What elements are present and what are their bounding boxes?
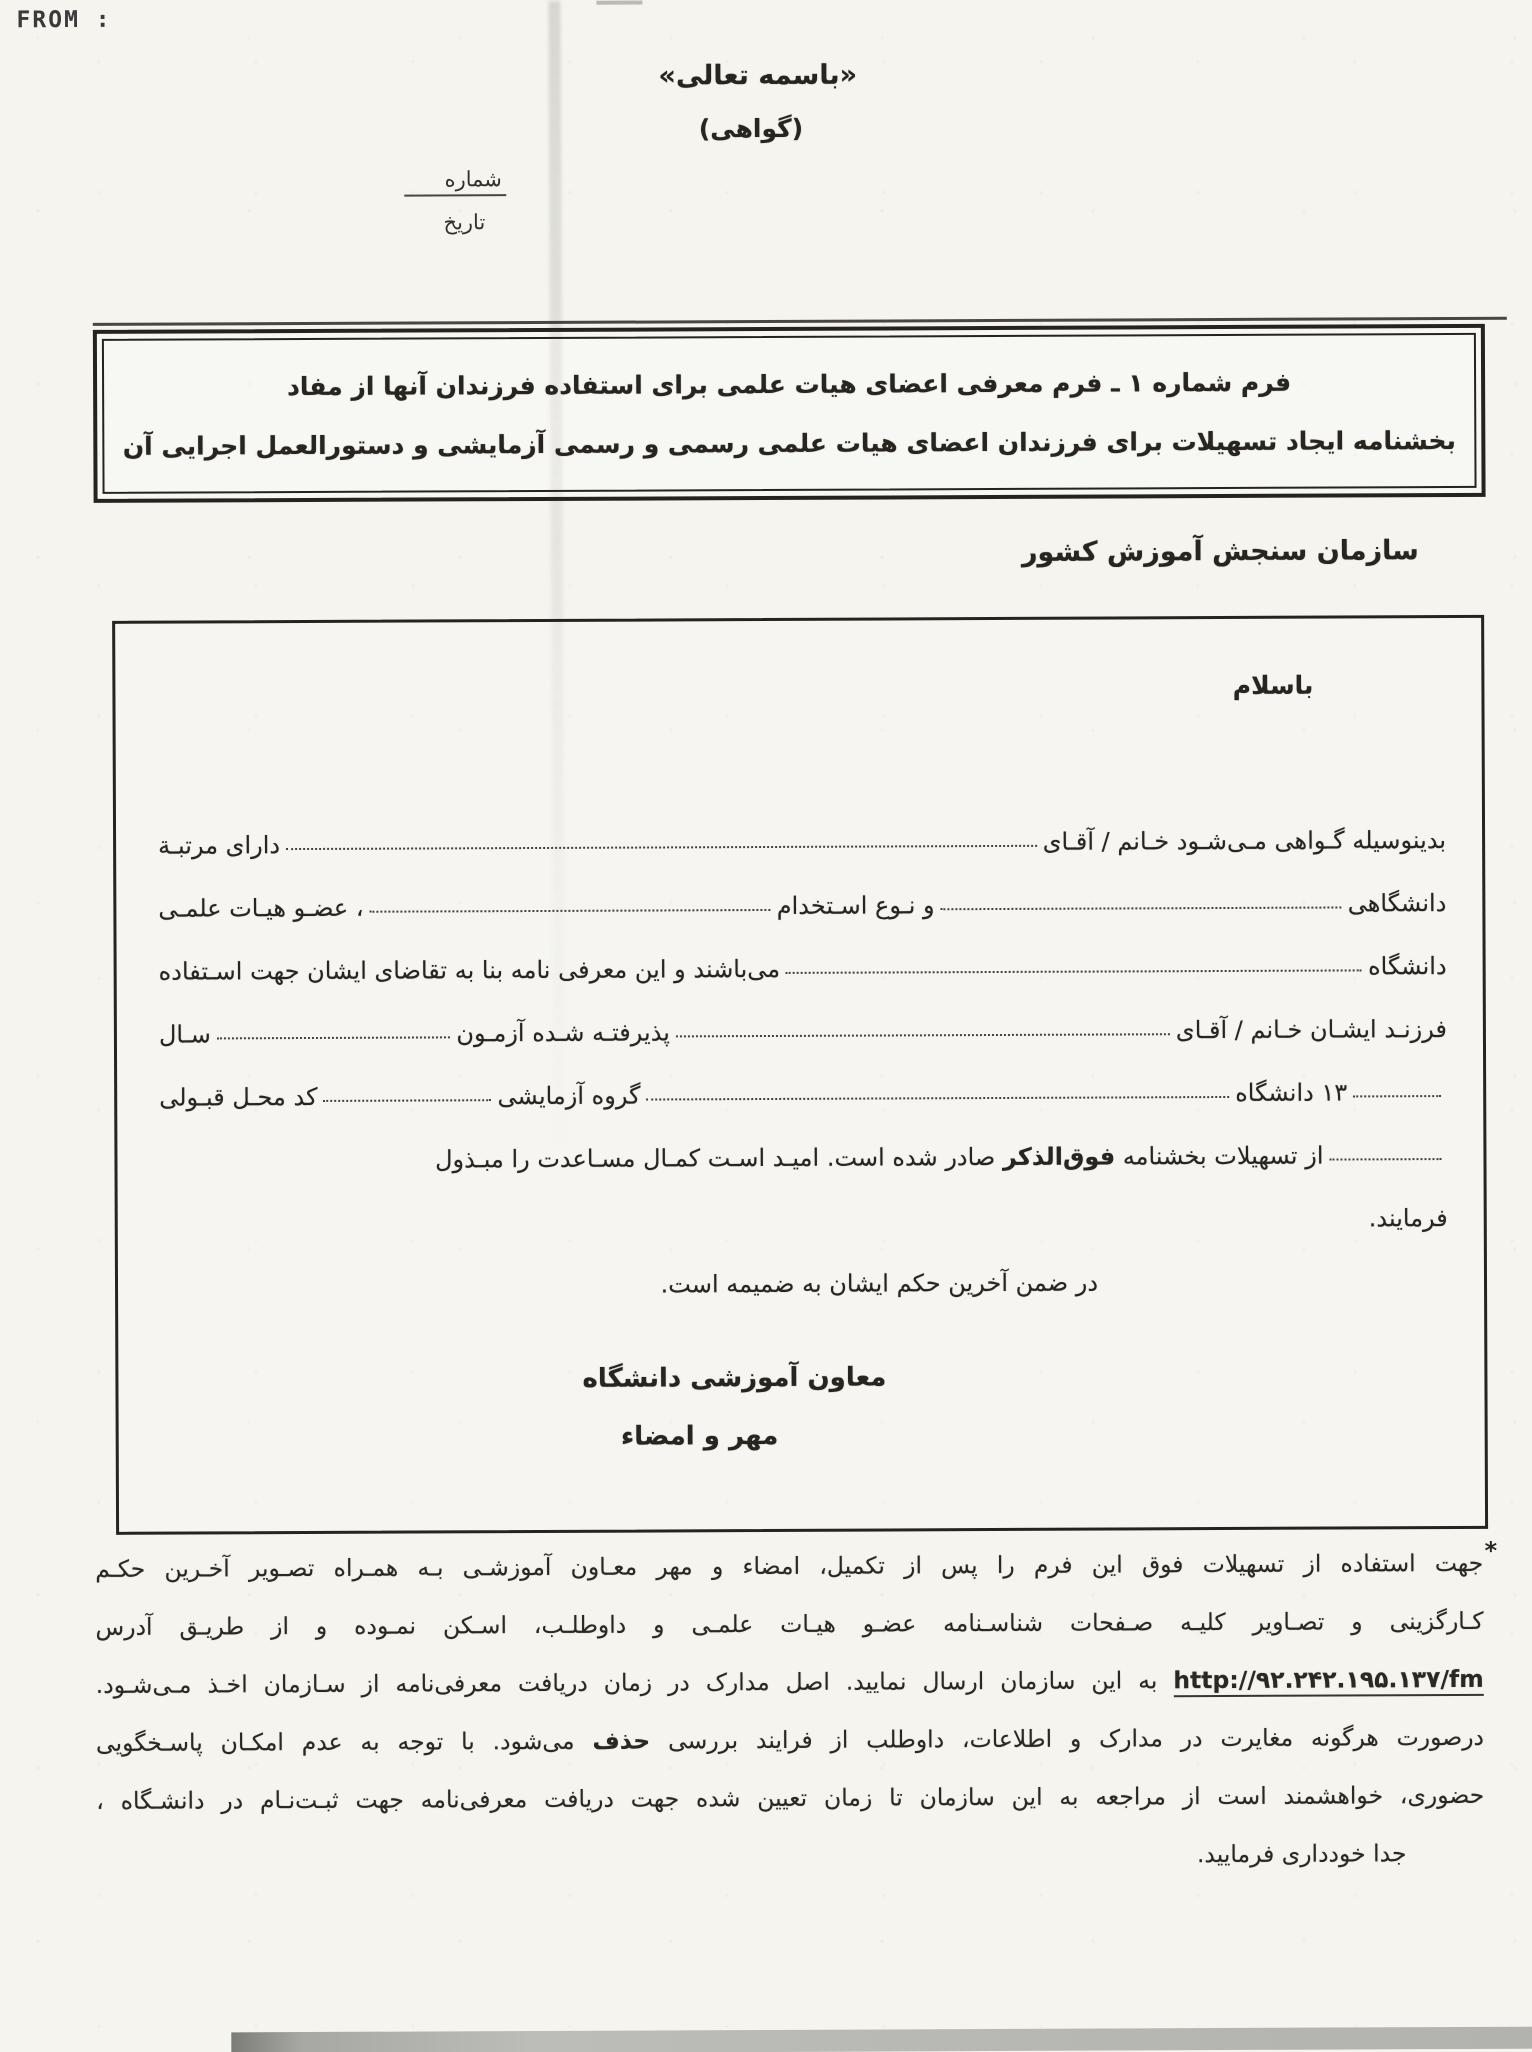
blank-field-rank (941, 906, 1342, 910)
signature-block: معاون آموزشی دانشگاه مهر و امضاء (554, 1348, 915, 1466)
blank-field-employment (370, 909, 771, 913)
body-text: فرمایند. (1369, 1204, 1448, 1232)
bismillah-header: «باسمه تعالی» (0, 57, 1519, 95)
scan-edge-artifact (231, 2027, 1532, 2052)
year-prefix: ۱۳ (1321, 1078, 1347, 1106)
body-line-5: ۱۳ دانشگاه گروه آزمایشی کد محـل قبـولی (159, 1043, 1447, 1112)
doc-type-label: (گواهی) (0, 111, 1505, 147)
body-text: ۱۳ دانشگاه (1235, 1078, 1347, 1106)
footnote-text-bold: حذف (592, 1727, 650, 1755)
recipient-org: سازمان سنجش آموزش کشور (1022, 535, 1419, 568)
body-text: در ضمن آخرین حکم ایشان به ضمیمه است. (661, 1269, 1099, 1299)
blank-field-exam (217, 1036, 451, 1039)
body-text: از تسهیلات بخشنامه فوق‌الذکر صادر شده اس… (435, 1142, 1324, 1174)
body-line-7: فرمایند. (160, 1169, 1448, 1238)
footnote-line-2: کـارگزینی و تصـاویر کلیـه صـفحات شناسـنا… (95, 1607, 1483, 1671)
footnote-line-4: درصورت هرگونه مغایرت در مدارک و اطلاعات،… (96, 1723, 1484, 1787)
blank-field-year (1353, 1095, 1441, 1097)
date-label: تاریخ (399, 210, 511, 234)
footnote-url: http://۹۲.۲۴۲.۱۹۵.۱۳۷/fm (1173, 1665, 1484, 1697)
blank-field-child-name (676, 1033, 1170, 1037)
body-text: دانشگاه (1368, 952, 1447, 980)
footnote: * جهت استفاده از تسهیلات فوق این فرم را … (95, 1549, 1485, 1903)
closing-note: در ضمن آخرین حکم ایشان به ضمیمه است. (160, 1234, 1098, 1301)
body-line-1: بدینوسیله گـواهی مـی‌شـود خـانم / آقـای … (158, 791, 1446, 860)
body-text: و نـوع اسـتخدام (777, 891, 935, 920)
body-text: پذیرفتـه شـده آزمـون (456, 1018, 670, 1047)
body-text: از تسهیلات بخشنامه (1123, 1142, 1324, 1171)
fax-from-label: FROM : (16, 7, 111, 33)
signature-seal-label: مهر و امضاء (555, 1407, 845, 1466)
body-text: بدینوسیله گـواهی مـی‌شـود خـانم / آقـای (1043, 826, 1447, 856)
footnote-text: می‌شود. با توجه به عدم امکـان پاسـخگویی (96, 1727, 575, 1757)
body-text: گروه آزمایشی (497, 1082, 640, 1111)
fax-header-fragment (596, 1, 642, 5)
footnote-line-5: حضوری، خواهشمند است از مراجعه به این ساز… (96, 1781, 1484, 1845)
certificate-body: بدینوسیله گـواهی مـی‌شـود خـانم / آقـای … (158, 791, 1448, 1301)
body-text: کد محـل قبـولی (159, 1083, 317, 1112)
body-text: دانشگاه (1235, 1079, 1314, 1107)
scanned-page: FROM : «باسمه تعالی» (گواهی) شماره تاریخ… (0, 0, 1532, 2052)
salutation: باسلام (115, 671, 1313, 705)
letter-meta: شماره تاریخ (399, 167, 511, 234)
certificate-box: باسلام بدینوسیله گـواهی مـی‌شـود خـانم /… (112, 615, 1488, 1535)
footnote-text: درصورت هرگونه مغایرت در مدارک و اطلاعات،… (668, 1723, 1484, 1755)
blank-field-university (786, 969, 1362, 974)
blank-field-name (286, 845, 1037, 850)
body-text: می‌باشند و این معرفی نامه بنا به تقاضای … (159, 955, 781, 986)
body-text: صادر شده است. امیـد اسـت کمـال مسـاعدت ر… (435, 1143, 995, 1173)
body-text-bold: فوق‌الذکر (1003, 1142, 1115, 1170)
form-title-line2: بخشنامه ایجاد تسهیلات برای فرزندان اعضای… (104, 425, 1474, 460)
body-line-6: از تسهیلات بخشنامه فوق‌الذکر صادر شده اس… (159, 1106, 1447, 1175)
body-line-4: فرزنـد ایشـان خـانم / آقـای پذیرفتـه شـد… (159, 980, 1447, 1049)
body-text: دارای مرتبـة (158, 831, 280, 860)
footnote-marker: * (1485, 1537, 1498, 1565)
number-label: شماره (405, 167, 506, 196)
blank-field-university2 (646, 1096, 1229, 1101)
footnote-line-6: جدا خودداری فرمایید. (96, 1839, 1484, 1903)
body-text: دانشگاهی (1348, 889, 1447, 917)
form-title-box: فرم شماره ۱ ـ فرم معرفی اعضای هیات علمی … (93, 324, 1486, 503)
form-title-inner: فرم شماره ۱ ـ فرم معرفی اعضای هیات علمی … (102, 333, 1477, 494)
blank-field-group (324, 1099, 492, 1102)
body-text: ، عضـو هیـات علمـی (158, 894, 363, 923)
body-text: فرزنـد ایشـان خـانم / آقـای (1176, 1015, 1447, 1044)
body-text: سـال (159, 1020, 211, 1048)
footnote-text: به این سازمان ارسال نمایید. اصل مدارک در… (96, 1666, 1158, 1699)
footnote-line-1: جهت استفاده از تسهیلات فوق این فرم را پس… (95, 1549, 1483, 1613)
footnote-line-3: http://۹۲.۲۴۲.۱۹۵.۱۳۷/fm به این سازمان ا… (96, 1665, 1484, 1729)
form-title-line1: فرم شماره ۱ ـ فرم معرفی اعضای هیات علمی … (104, 366, 1474, 401)
blank-field-code (1329, 1158, 1441, 1160)
body-line-2: دانشگاهی و نـوع اسـتخدام ، عضـو هیـات عل… (158, 854, 1446, 923)
body-line-3: دانشگاه می‌باشند و این معرفی نامه بنا به… (158, 917, 1446, 986)
signature-title: معاون آموزشی دانشگاه (554, 1348, 914, 1408)
